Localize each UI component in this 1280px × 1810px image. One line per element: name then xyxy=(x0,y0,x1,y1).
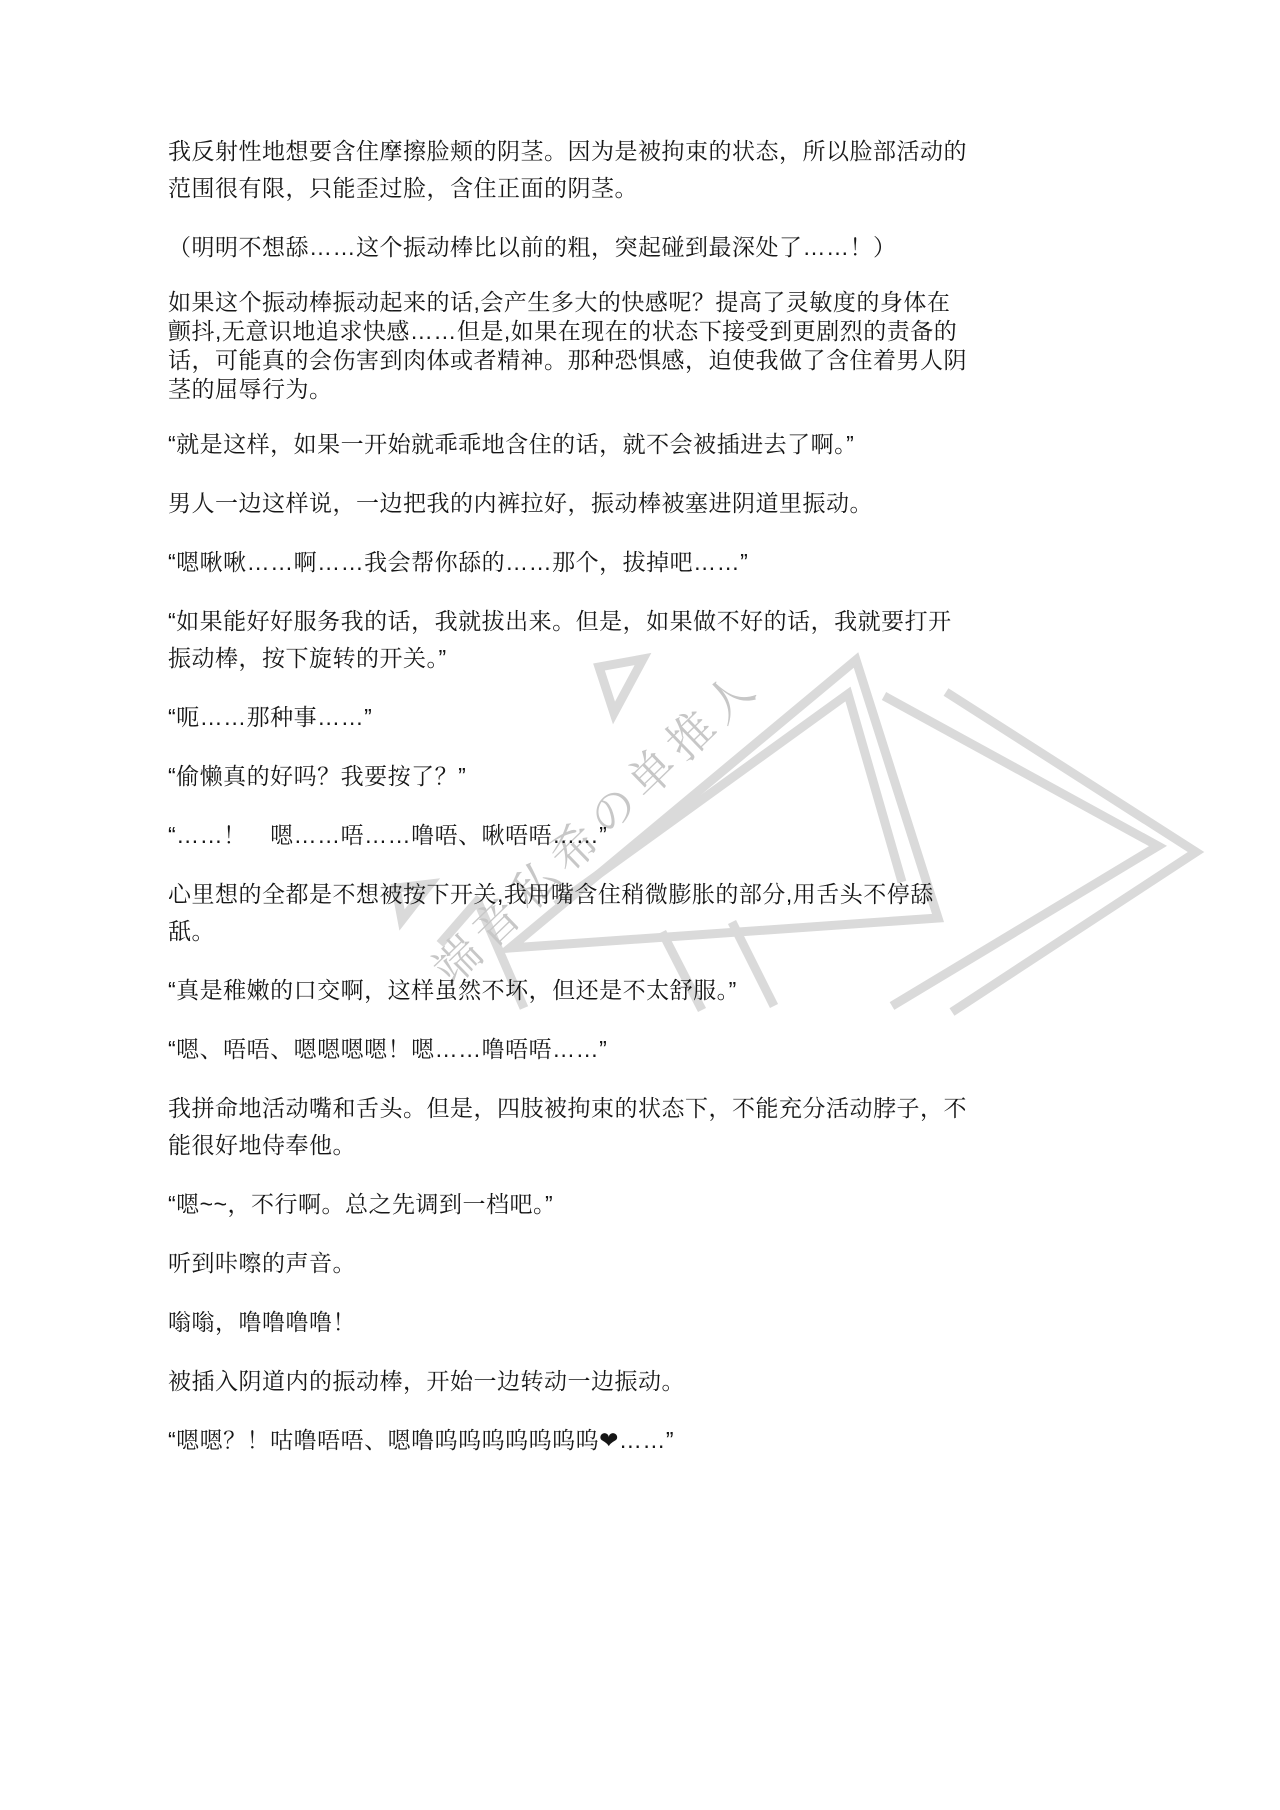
page: 端音私希の单推人 我反射性地想要含住摩擦脸颊的阴茎。因为是被拘束的状态，所以脸部… xyxy=(0,0,1280,1810)
paragraph-narration: 我反射性地想要含住摩擦脸颊的阴茎。因为是被拘束的状态，所以脸部活动的范围很有限，… xyxy=(168,133,968,207)
paragraph-thought: （明明不想舔……这个振动棒比以前的粗，突起碰到最深处了……！） xyxy=(168,229,968,266)
paragraph-narration: 男人一边这样说，一边把我的内裤拉好，振动棒被塞进阴道里振动。 xyxy=(168,485,968,522)
paragraph-narration: 心里想的全都是不想被按下开关,我用嘴含住稍微膨胀的部分,用舌头不停舔舐。 xyxy=(168,876,968,950)
paragraph-dialogue: “嗯、唔唔、嗯嗯嗯嗯！嗯……噜唔唔……” xyxy=(168,1031,968,1068)
paragraph-dialogue: “就是这样，如果一开始就乖乖地含住的话，就不会被插进去了啊。” xyxy=(168,426,968,463)
paragraph-dialogue: “……！ 嗯……唔……噜唔、啾唔唔……” xyxy=(168,817,968,854)
paragraph-dialogue: “嗯啾啾……啊……我会帮你舔的……那个，拔掉吧……” xyxy=(168,544,968,581)
story-text: 我反射性地想要含住摩擦脸颊的阴茎。因为是被拘束的状态，所以脸部活动的范围很有限，… xyxy=(168,133,968,1481)
paragraph-dialogue: “真是稚嫩的口交啊，这样虽然不坏，但还是不太舒服。” xyxy=(168,972,968,1009)
watermark-chevron-icon xyxy=(946,692,1196,1012)
paragraph-narration: 被插入阴道内的振动棒，开始一边转动一边振动。 xyxy=(168,1363,968,1400)
paragraph-narration: 我拼命地活动嘴和舌头。但是，四肢被拘束的状态下，不能充分活动脖子，不能很好地侍奉… xyxy=(168,1090,968,1164)
paragraph-dialogue: “呃……那种事……” xyxy=(168,699,968,736)
paragraph-narration: 听到咔嚓的声音。 xyxy=(168,1245,968,1282)
paragraph-narration: 如果这个振动棒振动起来的话,会产生多大的快感呢？提高了灵敏度的身体在颤抖,无意识… xyxy=(168,288,968,404)
paragraph-dialogue: “如果能好好服务我的话，我就拔出来。但是，如果做不好的话，我就要打开振动棒，按下… xyxy=(168,603,968,677)
paragraph-dialogue: “嗯嗯？！咕噜唔唔、嗯噜呜呜呜呜呜呜呜❤……” xyxy=(168,1422,968,1459)
paragraph-dialogue: “嗯~~，不行啊。总之先调到一档吧。” xyxy=(168,1186,968,1223)
paragraph-narration: 嗡嗡，噜噜噜噜！ xyxy=(168,1304,968,1341)
paragraph-dialogue: “偷懒真的好吗？我要按了？” xyxy=(168,758,968,795)
